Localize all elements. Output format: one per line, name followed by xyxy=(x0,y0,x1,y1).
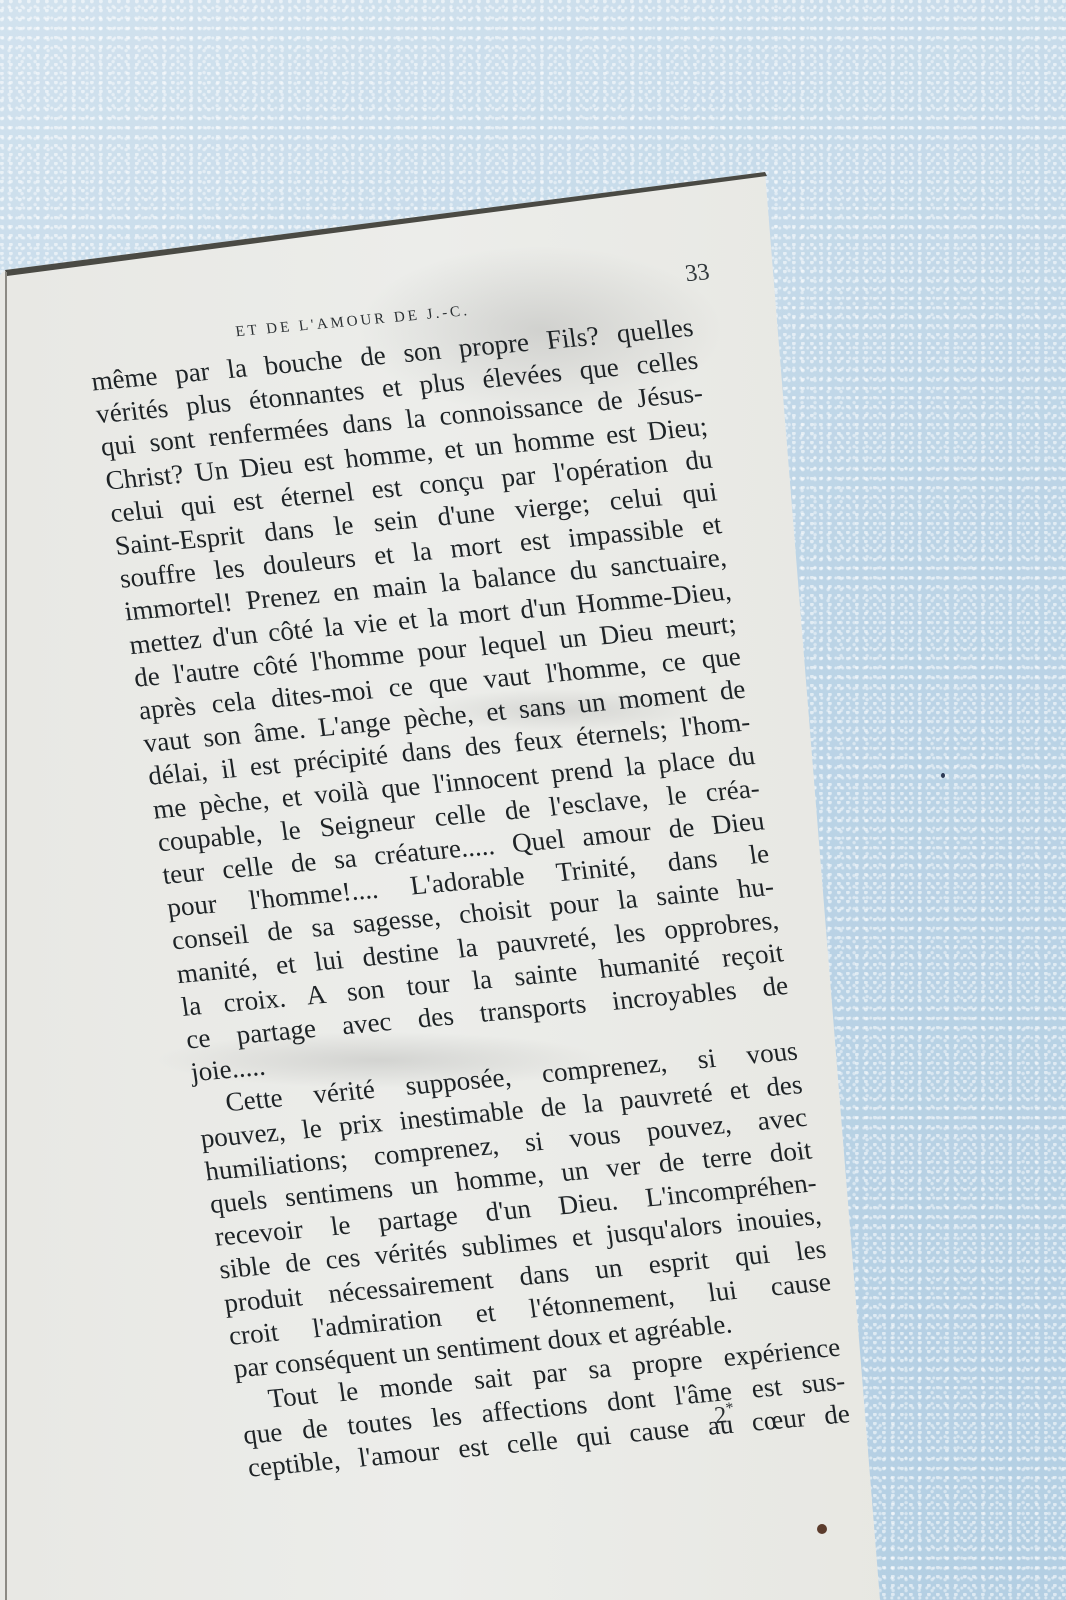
signature-mark: 2* xyxy=(713,1400,737,1431)
ink-speck xyxy=(817,1524,827,1534)
book-spine-edge xyxy=(5,272,7,1600)
page-number: 33 xyxy=(684,259,712,288)
ink-speck xyxy=(941,773,945,778)
